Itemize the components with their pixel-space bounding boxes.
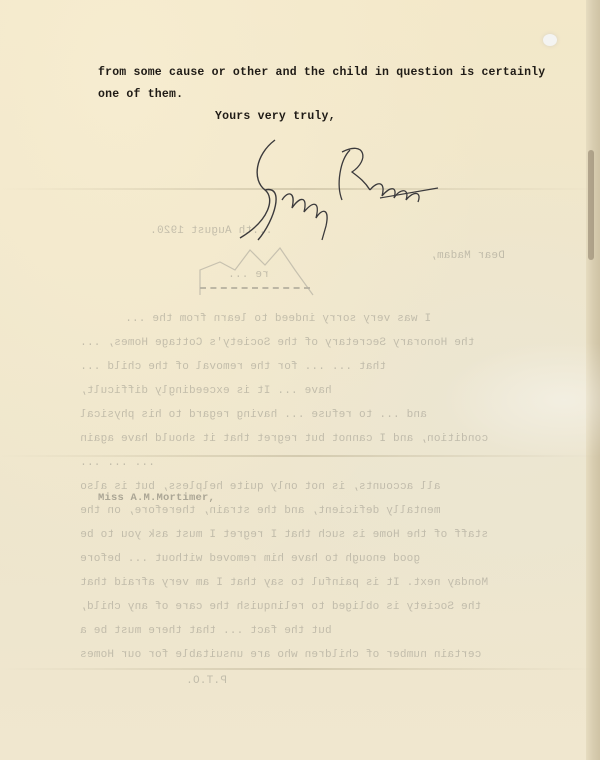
paper-tear-shadow — [588, 150, 594, 260]
ghost-body-line: I was very sorry indeed to learn from th… — [125, 313, 431, 325]
closing: Yours very truly, — [215, 110, 336, 123]
ghost-body-line: that ... ... for the removal of the chil… — [80, 361, 386, 373]
ghost-body-line: but the fact ... that there must be a — [80, 625, 332, 637]
ghost-body-line: the Society is obliged to relinquish the… — [80, 601, 481, 613]
ghost-body-line: and ... to refuse ... having regard to h… — [80, 409, 427, 421]
ghost-recipient: Miss A.M.Mortimer, — [98, 492, 215, 504]
ghost-body-line: ... ... ... — [80, 457, 155, 469]
ghost-body-line: the Honorary Secretary of the Society's … — [80, 337, 474, 349]
paper-crease — [420, 330, 600, 470]
body-line: one of them. — [98, 88, 183, 101]
ghost-body-line: Monday next. It is painful to say that I… — [80, 577, 488, 589]
handwritten-signature — [230, 130, 450, 250]
ghost-body-line: good enough to have him removed without … — [80, 553, 420, 565]
body-line: from some cause or other and the child i… — [98, 66, 545, 79]
ghost-initials: P.T.O. — [186, 675, 227, 687]
ghost-body-line: condition, and I cannot but regret that … — [80, 433, 488, 445]
fold-line — [0, 668, 600, 670]
punch-hole — [543, 34, 557, 46]
ghost-body-line: certain number of children who are unsui… — [80, 649, 481, 661]
ghost-body-line: staff of the Home is such that I regret … — [80, 529, 488, 541]
ghost-body-line: have ... It is exceedingly difficult, — [80, 385, 332, 397]
letter-page: ...th August 1920. Dear Madam, re ... I … — [0, 0, 600, 760]
ghost-body-line: mentally deficient, and the strain, ther… — [80, 505, 440, 517]
ghost-salutation: Dear Madam, — [430, 250, 505, 262]
